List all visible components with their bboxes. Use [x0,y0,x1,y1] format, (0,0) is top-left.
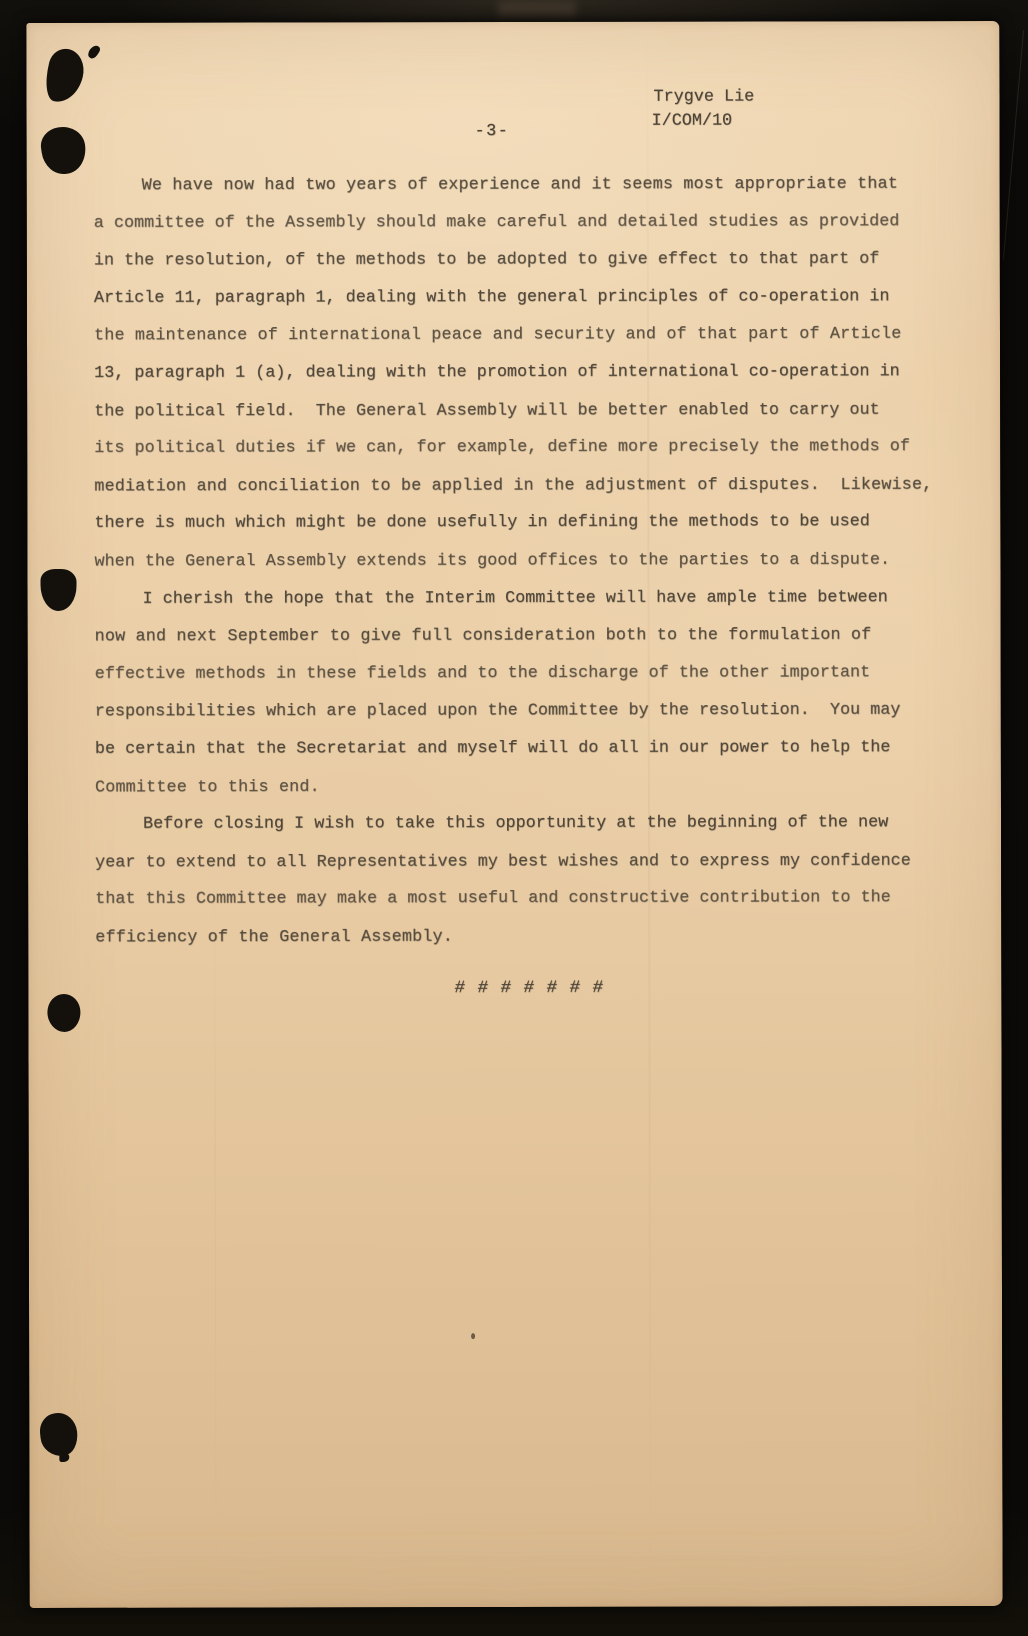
typed-line: there is much which might be done useful… [94,503,964,542]
hole-punch-mark [40,569,76,611]
typed-line: in the resolution, of the methods to be … [94,241,964,280]
scan-border-smudge [498,1,576,16]
hole-punch-mark [47,994,80,1032]
typed-line: Before closing I wish to take this oppor… [95,804,965,843]
ink-blob-tail [59,1453,69,1462]
typed-line: a committee of the Assembly should make … [94,203,964,242]
typed-line: Article 11, paragraph 1, dealing with th… [94,278,964,317]
hole-punch-mark [38,1411,79,1458]
typed-line: now and next September to give full cons… [95,617,965,656]
typed-line: We have now had two years of experience … [94,166,964,205]
typed-line: when the General Assembly extends its go… [94,541,964,580]
typed-line: responsibilities which are placed upon t… [95,692,965,731]
typed-line: that this Committee may make a most usef… [95,879,965,918]
scanned-document-background: Trygve Lie I/COM/10 -3- We have now had … [0,0,1028,1636]
hole-punch-mark [39,124,89,177]
typed-line: 13, paragraph 1 (a), dealing with the pr… [94,353,964,392]
typed-line: the maintenance of international peace a… [94,316,964,355]
author-name: Trygve Lie [653,87,754,106]
typed-line: effective methods in these fields and to… [95,654,965,693]
document-page: Trygve Lie I/COM/10 -3- We have now had … [26,21,1002,1608]
page-number: -3- [475,122,510,141]
typed-line: year to extend to all Representatives my… [95,842,965,881]
typed-line: mediation and conciliation to be applied… [94,466,964,505]
document-reference: I/COM/10 [652,112,733,131]
typed-line: efficiency of the General Assembly. [95,917,965,956]
ink-blob-tick [86,44,101,61]
scan-border-scratch [1003,30,1024,259]
ink-speck [471,1333,475,1339]
typed-line: Committee to this end. [95,767,965,806]
ink-blob [41,45,89,106]
typed-line: be certain that the Secretariat and myse… [95,729,965,768]
typed-line: the political field. The General Assembl… [94,391,964,430]
end-of-document-mark: # # # # # # # [453,978,605,998]
document-body: We have now had two years of experience … [94,165,966,956]
typed-line: I cherish the hope that the Interim Comm… [95,579,965,618]
typed-line: its political duties if we can, for exam… [94,428,964,467]
paper-crease [214,847,217,1608]
